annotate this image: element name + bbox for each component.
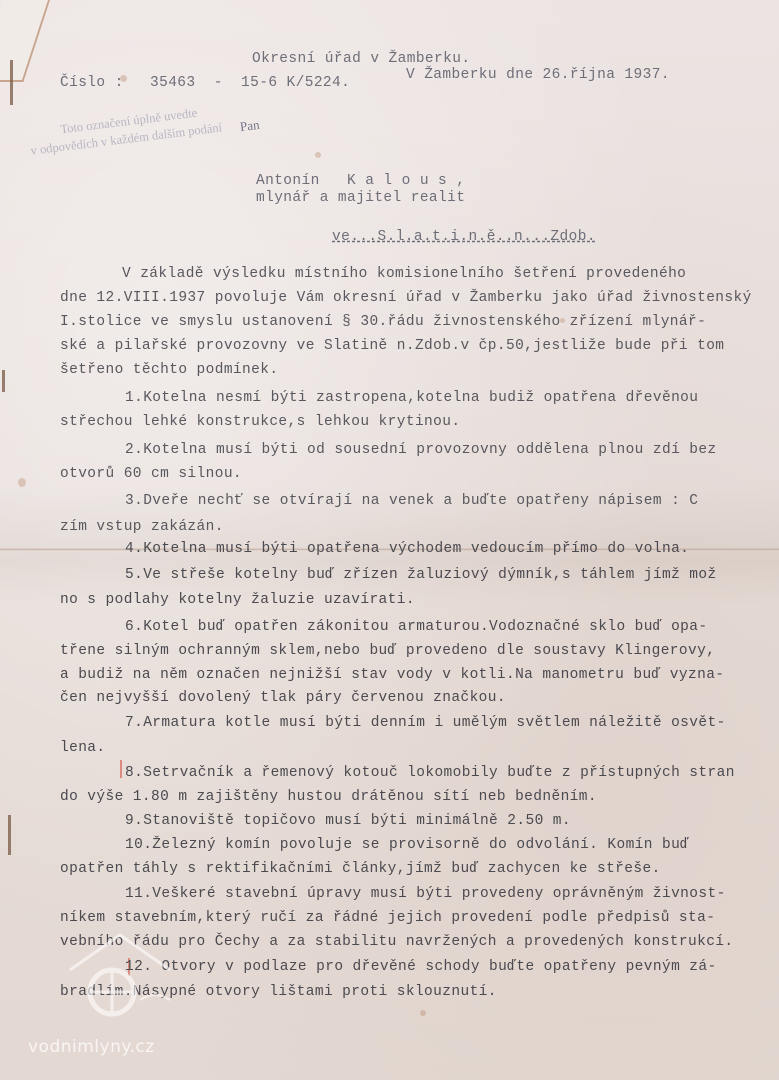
number-label: Číslo :	[60, 74, 124, 92]
condition-6-line: třene silným ochranným sklem,nebo buď pr…	[60, 642, 715, 660]
intro-line: I.stolice ve smyslu ustanovení § 30.řádu…	[60, 313, 706, 331]
staple-mark	[2, 370, 5, 392]
reference-number: 35463 - 15-6 K/5224.	[150, 74, 350, 92]
condition-3-line: zím vstup zakázán.	[60, 518, 224, 536]
condition-5-line: no s podlahy kotelny žaluzie uzavírati.	[60, 591, 415, 609]
addressee-name: Antonín K a l o u s ,	[256, 172, 465, 190]
condition-2-line: 2.Kotelna musí býti od sousední provozov…	[125, 441, 717, 459]
condition-9-line: 9.Stanoviště topičovo musí býti minimáln…	[125, 812, 571, 830]
condition-6-line: 6.Kotel buď opatřen zákonitou armaturou.…	[125, 618, 708, 636]
condition-3-line: 3.Dveře nechť se otvírají na venek a buď…	[125, 492, 698, 510]
red-pencil-mark	[120, 760, 122, 778]
condition-8-line: 8.Setrvačník a řemenový kotouč lokomobil…	[125, 764, 735, 782]
condition-12-line: 12. Otvory v podlaze pro dřevěné schody …	[125, 958, 717, 976]
condition-5-line: 5.Ve střeše kotelny buď zřízen žaluziový…	[125, 566, 717, 584]
condition-11-line: níkem stavebním,který ručí za řádné jeji…	[60, 909, 715, 927]
stain-spot	[420, 1010, 426, 1016]
condition-7-line: lena.	[60, 739, 106, 757]
condition-6-line: a budiž na něm označen nejnižší stav vod…	[60, 666, 724, 684]
condition-11-line: 11.Veškeré stavební úpravy musí býti pro…	[125, 885, 726, 903]
intro-line: ské a pilařské provozovny ve Slatině n.Z…	[60, 337, 724, 355]
intro-line: dne 12.VIII.1937 povoluje Vám okresní úř…	[60, 289, 752, 307]
addressee-location: ve...S.l.a.t.i.n.ě..n...Zdob.	[332, 228, 596, 246]
condition-10-line: 10.Železný komín povoluje se provisorně …	[125, 836, 689, 854]
condition-1-line: střechou lehké konstrukce,s lehkou kryti…	[60, 413, 460, 431]
condition-4-line: 4.Kotelna musí býti opatřena východem ve…	[125, 540, 689, 558]
condition-10-line: opatřen táhly s rektifikačními články,jí…	[60, 860, 661, 878]
watermill-logo-icon	[60, 930, 180, 1025]
addressee-occupation: mlynář a majitel realit	[256, 189, 465, 207]
condition-7-line: 7.Armatura kotle musí býti denním i uměl…	[125, 714, 726, 732]
condition-1-line: 1.Kotelna nesmí býti zastropena,kotelna …	[125, 389, 698, 407]
watermark-text: vodnimlyny.cz	[28, 1037, 155, 1057]
salutation-overstrike: Pan	[239, 117, 260, 135]
place-and-date: V Žamberku dne 26.října 1937.	[406, 66, 670, 84]
staple-mark	[8, 815, 11, 855]
condition-8-line: do výše 1.80 m zajištěny hustou drátěnou…	[60, 788, 597, 806]
staple-mark	[10, 60, 13, 105]
intro-line: šetřeno těchto podmínek.	[60, 361, 278, 379]
stain-spot	[315, 152, 321, 158]
stain-spot	[18, 478, 26, 487]
intro-line: V základě výsledku místního komisionelní…	[122, 265, 686, 283]
condition-6-line: čen nejvyšší dovolený tlak páry červenou…	[60, 689, 506, 707]
condition-2-line: otvorů 60 cm silnou.	[60, 465, 242, 483]
